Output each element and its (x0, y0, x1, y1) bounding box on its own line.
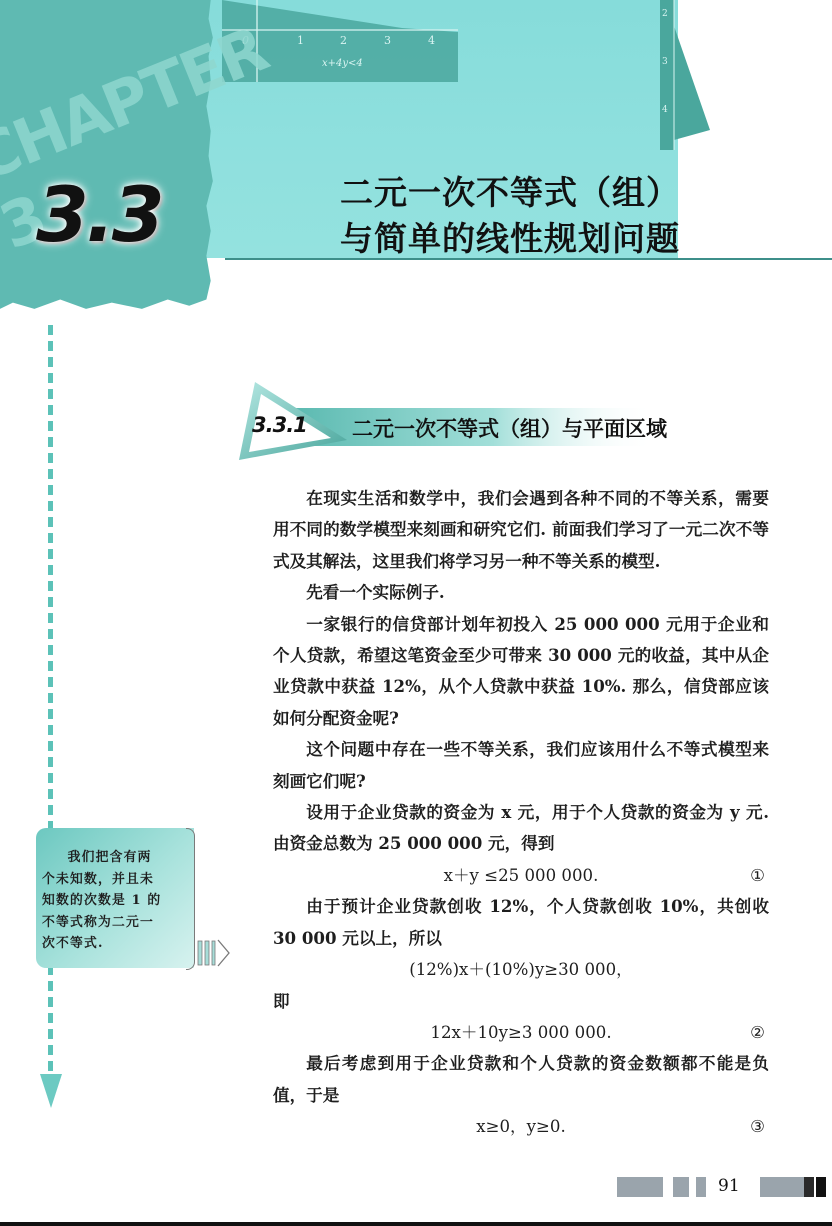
formula-1-expr: x＋y ≤25 000 000. (444, 866, 599, 885)
title-line-2: 与简单的线性规划问题 (300, 216, 720, 262)
body-text: 在现实生活和数学中，我们会遇到各种不同的不等关系，需要用不同的数学模型来刻画和研… (273, 483, 769, 1143)
region-label: x+4y<4 (322, 58, 363, 69)
note-pointer-icon (196, 938, 232, 968)
footer-bar-dark (804, 1177, 814, 1197)
paragraph-example-lead: 先看一个实际例子. (273, 577, 769, 608)
subsection-number: 3.3.1 (252, 413, 307, 437)
footer-bar (696, 1177, 706, 1197)
word-ji: 即 (273, 986, 769, 1017)
title-line-1: 二元一次不等式（组） (300, 170, 720, 216)
arrow-down-icon (40, 1074, 62, 1108)
x-tick-1: 1 (297, 34, 304, 47)
formula-1-tag: ① (750, 860, 765, 891)
bottom-rule (0, 1222, 832, 1226)
paragraph-bank-problem: 一家银行的信贷部计划年初投入 25 000 000 元用于企业和个人贷款，希望这… (273, 609, 769, 735)
formula-2-expr: 12x＋10y≥3 000 000. (430, 1023, 611, 1042)
section-number: 3.3 (36, 170, 162, 259)
formula-mid: (12%)x＋(10%)y≥30 000， (273, 954, 769, 985)
svg-text:4: 4 (662, 105, 668, 115)
formula-mid-expr: (12%)x＋(10%)y≥30 000， (409, 960, 633, 979)
term-highlight: 二元一 (112, 915, 154, 930)
paragraph-variables: 设用于企业贷款的资金为 x 元，用于个人贷款的资金为 y 元. 由资金总数为 2… (273, 797, 769, 860)
paragraph-revenue: 由于预计企业贷款创收 12%，个人贷款创收 10%，共创收 30 000 元以上… (273, 891, 769, 954)
svg-text:3: 3 (662, 57, 668, 67)
footer-bar (673, 1177, 689, 1197)
footer-bar (617, 1177, 663, 1197)
formula-3: x≥0，y≥0. ③ (273, 1111, 769, 1142)
formula-1: x＋y ≤25 000 000. ① (273, 860, 769, 891)
subsection-title: 二元一次不等式（组）与平面区域 (352, 413, 667, 443)
x-tick-3: 3 (384, 34, 391, 47)
page-number: 91 (718, 1176, 740, 1196)
x-tick-2: 2 (340, 34, 347, 47)
paragraph-nonnegative: 最后考虑到用于企业贷款和个人贷款的资金数额都不能是负值，于是 (273, 1048, 769, 1111)
formula-2-tag: ② (750, 1017, 765, 1048)
header-graphic-triangle: 2 3 4 (648, 0, 718, 152)
formula-2: 12x＋10y≥3 000 000. ② (273, 1017, 769, 1048)
margin-note-text: 我们把含有两 个未知数，并且未 知数的次数是 1 的 不等式称为二元一 次不等式… (42, 847, 180, 955)
page-title: 二元一次不等式（组） 与简单的线性规划问题 (300, 170, 720, 262)
x-tick-4: 4 (428, 34, 435, 47)
svg-text:2: 2 (662, 9, 668, 19)
paragraph-intro: 在现实生活和数学中，我们会遇到各种不同的不等关系，需要用不同的数学模型来刻画和研… (273, 483, 769, 577)
formula-3-expr: x≥0，y≥0. (476, 1117, 566, 1136)
footer-bar (760, 1177, 804, 1197)
footer-bar-dark (816, 1177, 826, 1197)
formula-3-tag: ③ (750, 1111, 765, 1142)
paragraph-question: 这个问题中存在一些不等关系，我们应该用什么不等式模型来刻画它们呢? (273, 734, 769, 797)
margin-note-border (186, 828, 195, 970)
